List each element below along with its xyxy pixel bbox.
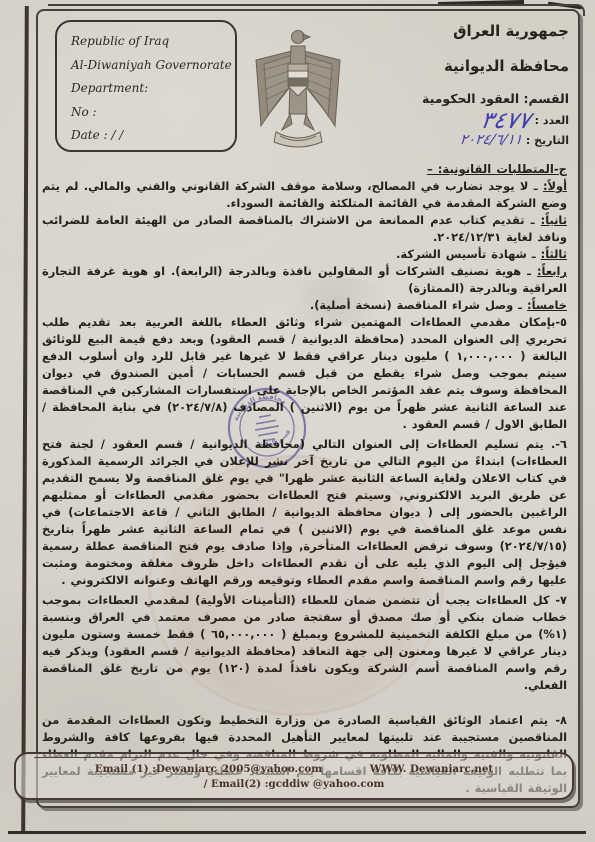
number-handwritten-value: ٣٤٧٧ (479, 108, 533, 134)
date-label: التاريخ : (526, 134, 569, 147)
letterhead-arabic-block: جمهورية العراق محافظة الديوانية القسم: ا… (339, 22, 569, 148)
section-heading: ج-المتطلبات القانونية: – (42, 161, 567, 178)
footer-website: WWW. Dewaniarc.net (370, 763, 493, 775)
letterhead-no-label-en: No : (71, 101, 235, 125)
footer-email-2: / Email(2) :gcddiw @yahoo.com (204, 778, 385, 790)
number-label: العدد : (535, 114, 569, 127)
letterhead-english-box: Republic of Iraq Al-Diwaniyah Governorat… (55, 20, 237, 152)
letterhead-country-ar: جمهورية العراق (339, 22, 569, 40)
clause-fourth: رابعاً: ـ هوية تصنيف الشركات أو المقاولي… (42, 263, 567, 297)
letterhead-date-label-en: Date : / / (71, 124, 235, 148)
clause-third: ثالثاً: ـ شهادة تأسيس الشركة. (42, 246, 567, 263)
footer-line-2: / Email(2) :gcddiw @yahoo.com (16, 777, 572, 792)
footer-email-1: Email (1) :Dewaniarc_2005@yahoo.com (95, 763, 322, 775)
clause-first: أولاً: ـ لا يوجد تضارب في المصالح، وسلام… (42, 178, 567, 212)
date-handwritten-value: ٢٠٢٤/٦/١١ (459, 132, 524, 148)
letterhead-department-label-en: Department: (71, 77, 235, 101)
document-number-line: العدد : ٣٤٧٧ (339, 108, 569, 132)
clause-fifth: خامساً: ـ وصل شراء المناقصة (نسخة أصلية)… (42, 297, 567, 314)
paragraph-7: ٧- كل العطاءات يجب أن تتضمن ضمان للعطاء … (42, 592, 567, 694)
document-body: ج-المتطلبات القانونية: – أولاً: ـ لا يوج… (42, 161, 567, 797)
iraq-eagle-emblem (246, 24, 350, 154)
document-date-line: التاريخ : ٢٠٢٤/٦/١١ (339, 132, 569, 148)
letterhead-country-en: Republic of Iraq (71, 30, 235, 54)
svg-text:محافظة الديوانية: محافظة الديوانية (228, 389, 290, 423)
scan-edge-left (21, 6, 29, 834)
clause-second: ثانياً: ـ تقديم كتاب عدم الممانعة من الا… (42, 212, 567, 246)
official-round-stamp: محافظة الديوانية قسم العقود (218, 379, 315, 476)
scan-edge-bottom (8, 831, 586, 834)
footer-contact-box: Email (1) :Dewaniarc_2005@yahoo.com WWW.… (14, 752, 574, 800)
letterhead-governorate-en: Al-Diwaniyah Governorate (71, 54, 235, 78)
footer-line-1: Email (1) :Dewaniarc_2005@yahoo.com WWW.… (16, 762, 572, 777)
footer-contact-lines: Email (1) :Dewaniarc_2005@yahoo.com WWW.… (16, 762, 572, 792)
letterhead-department-ar: القسم: العقود الحكومية (339, 91, 569, 106)
letterhead-governorate-ar: محافظة الديوانية (339, 57, 569, 75)
